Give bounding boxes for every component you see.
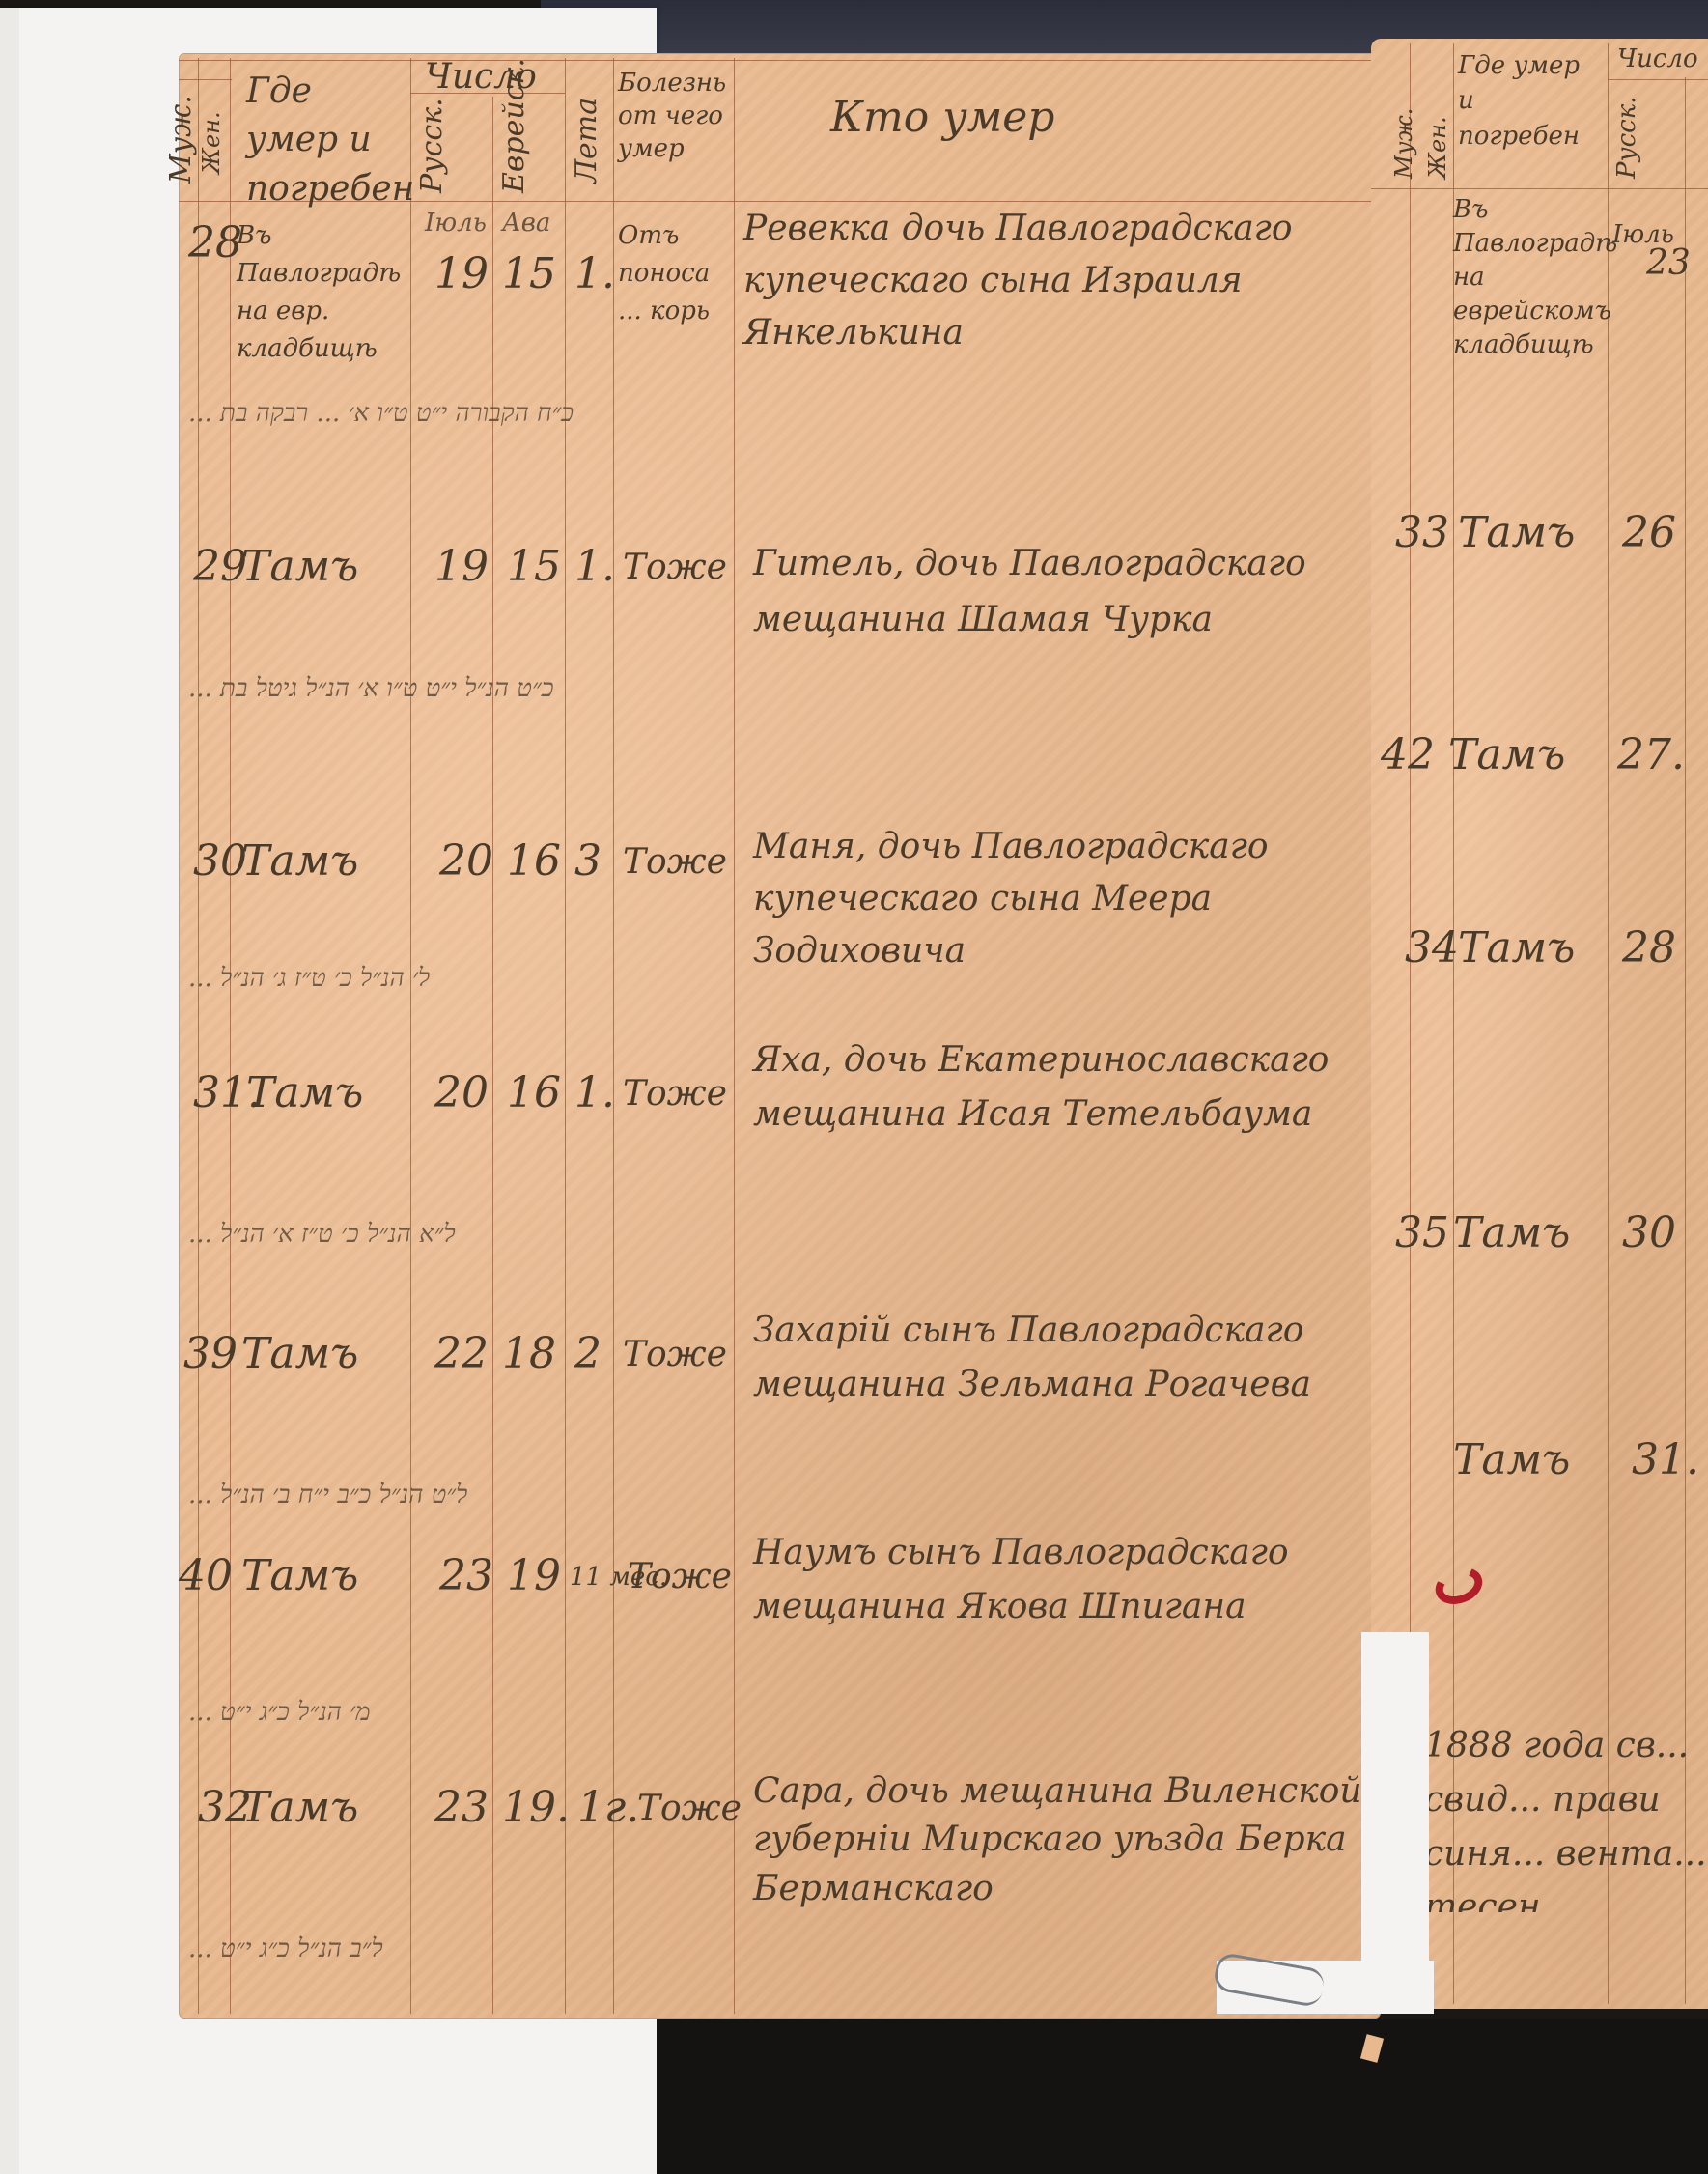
right-entry-place: Тамъ: [1453, 1212, 1570, 1255]
right-entry-date: 27.: [1617, 734, 1685, 776]
right-entry-number: 33: [1395, 512, 1449, 554]
entry-place: Тамъ: [241, 1787, 358, 1829]
entry-date-jewish: 19: [507, 1555, 561, 1597]
entry-number: 40: [179, 1555, 233, 1597]
entry-place: Тамъ: [246, 1072, 363, 1115]
entry-date-russian: 20: [439, 840, 493, 883]
entry-number: 39: [183, 1333, 238, 1375]
right-entry-number: 34: [1405, 927, 1459, 970]
right-entry-date: 28: [1622, 927, 1676, 970]
entry-hebrew-line: ל״ב הנ״ל כ״ג י״ט ...: [188, 1936, 1231, 1962]
header-female: Жен.: [1424, 116, 1451, 179]
entry-who: Яха, дочь Екатеринославскаго мещанина Ис…: [753, 1033, 1361, 1142]
header-male: Муж.: [1390, 108, 1417, 179]
rule-line: [1685, 77, 1686, 2004]
right-entry-number: 42: [1381, 734, 1435, 776]
entry-cause: Тоже: [623, 845, 727, 880]
entry-hebrew-line: ל״ט הנ״ל כ״ב י״ח ב׳ הנ״ל ...: [188, 1482, 1357, 1508]
entry-date-russian: 20: [434, 1072, 489, 1115]
entry-who: Маня, дочь Павлоградскаго купеческаго сы…: [753, 821, 1361, 977]
right-entry-date: 31.: [1632, 1439, 1699, 1482]
entry-hebrew-line: כ״ט הנ״ל י״ט ט״ו א׳ הנ״ל גיטל בת ...: [188, 676, 1357, 701]
rule-line: [179, 79, 232, 80]
entry-age: 1.: [574, 253, 615, 296]
entry-hebrew-line: מ׳ הנ״ל כ״ג י״ט ...: [188, 1700, 1357, 1725]
entry-cause: Тоже: [623, 551, 727, 585]
header-female: Жен.: [198, 111, 225, 174]
entry-date-russian: 23: [439, 1555, 493, 1597]
entry-hebrew-line: כ״ח הקבורה י״ט ט״ו א׳ ... רבקה בת ...: [188, 401, 1357, 426]
right-entry-place: Тамъ: [1458, 512, 1575, 554]
header-cause: Болезнь от чего умер: [618, 68, 729, 165]
entry-age: 2: [574, 1333, 602, 1375]
entry-number: 30: [193, 840, 247, 883]
entry-who: Наумъ сынъ Павлоградскаго мещанина Якова…: [753, 1526, 1361, 1634]
rule-line: [492, 97, 493, 2014]
header-who: Кто умер: [830, 97, 1054, 139]
entry-age: 1г.: [577, 1787, 639, 1829]
right-entry-date: 30: [1622, 1212, 1676, 1255]
entry-number: 28: [188, 222, 242, 265]
header-date: Число: [1617, 46, 1698, 71]
entry-place: Тамъ: [241, 1333, 358, 1375]
entry-cause: Тоже: [623, 1338, 727, 1372]
rule-line: [1608, 79, 1708, 80]
entry-date-russian: 22: [434, 1333, 489, 1375]
entry-cause: Тоже: [637, 1792, 742, 1826]
entry-age: 3: [574, 840, 602, 883]
right-footer-note: 1888 года св... свид... прави синя... ве…: [1424, 1719, 1708, 1912]
entry-place: Тамъ: [241, 840, 358, 883]
entry-who: Сара, дочь мещанина Виленской губерніи М…: [753, 1767, 1371, 1913]
entry-cause: Тоже: [623, 1077, 727, 1112]
entry-date-russian: 19: [434, 546, 489, 588]
entry-date-russian: 23: [434, 1787, 489, 1829]
entry-age: 1.: [574, 1072, 615, 1115]
header-date-russian: Русск.: [1612, 97, 1641, 180]
backing-paper-edge: [0, 8, 19, 2174]
torn-edge-backing: [1361, 1632, 1429, 1990]
right-entry-place: Въ Павлоградѣ на еврейскомъ кладбищѣ: [1453, 193, 1608, 362]
rule-line: [1371, 188, 1708, 189]
entry-date-jewish: 15: [502, 253, 556, 296]
entry-who: Захарій сынъ Павлоградскаго мещанина Зел…: [753, 1304, 1361, 1412]
right-entry-number: 35: [1395, 1212, 1449, 1255]
entry-date-jewish: 19.: [502, 1787, 570, 1829]
entry-cause: Отъ поноса ... корь: [618, 217, 729, 330]
rule-line: [179, 60, 1381, 61]
entry-cause: Тоже: [628, 1560, 732, 1595]
entry-date-jewish: 16: [507, 840, 561, 883]
entry-place: Въ Павлоградѣ на евр. кладбищѣ: [237, 217, 410, 368]
header-date-russian: Русск.: [415, 98, 449, 193]
header-place: Где умер и погребен: [1458, 48, 1603, 154]
entry-age: 1.: [574, 546, 615, 588]
entry-hebrew-line: ל׳ הנ״ל כ׳ ט״ז ג׳ הנ״ל ...: [188, 966, 1357, 991]
entry-place: Тамъ: [241, 546, 358, 588]
right-entry-place: Тамъ: [1453, 1439, 1570, 1482]
entry-date-jewish: 16: [507, 1072, 561, 1115]
right-entry-date: 26: [1622, 512, 1676, 554]
entry-date-jewish: 15: [507, 546, 561, 588]
dark-background: [657, 2019, 1708, 2174]
header-age: Лета: [570, 98, 603, 184]
entry-date-jewish-month: Ава: [502, 211, 550, 236]
entry-number: 29: [193, 546, 247, 588]
right-entry-date: 23: [1646, 246, 1691, 281]
rule-line: [1608, 43, 1609, 2004]
right-entry-place: Тамъ: [1448, 734, 1565, 776]
header-place: Где умер и погребен: [246, 68, 410, 213]
entry-date-jewish: 18: [502, 1333, 556, 1375]
right-entry-place: Тамъ: [1458, 927, 1575, 970]
entry-place: Тамъ: [241, 1555, 358, 1597]
entry-date-russian-month: Іюль: [425, 211, 487, 236]
entry-who: Ревекка дочь Павлоградскаго купеческаго …: [743, 203, 1361, 359]
entry-date-russian: 19: [434, 253, 489, 296]
header-date-jewish: Еврейск.: [497, 58, 531, 193]
entry-hebrew-line: ל״א הנ״ל כ׳ ט״ז א׳ הנ״ל ...: [188, 1222, 1357, 1247]
header-male: Муж.: [164, 95, 198, 184]
entry-who: Гитель, дочь Павлоградскаго мещанина Шам…: [753, 536, 1361, 647]
